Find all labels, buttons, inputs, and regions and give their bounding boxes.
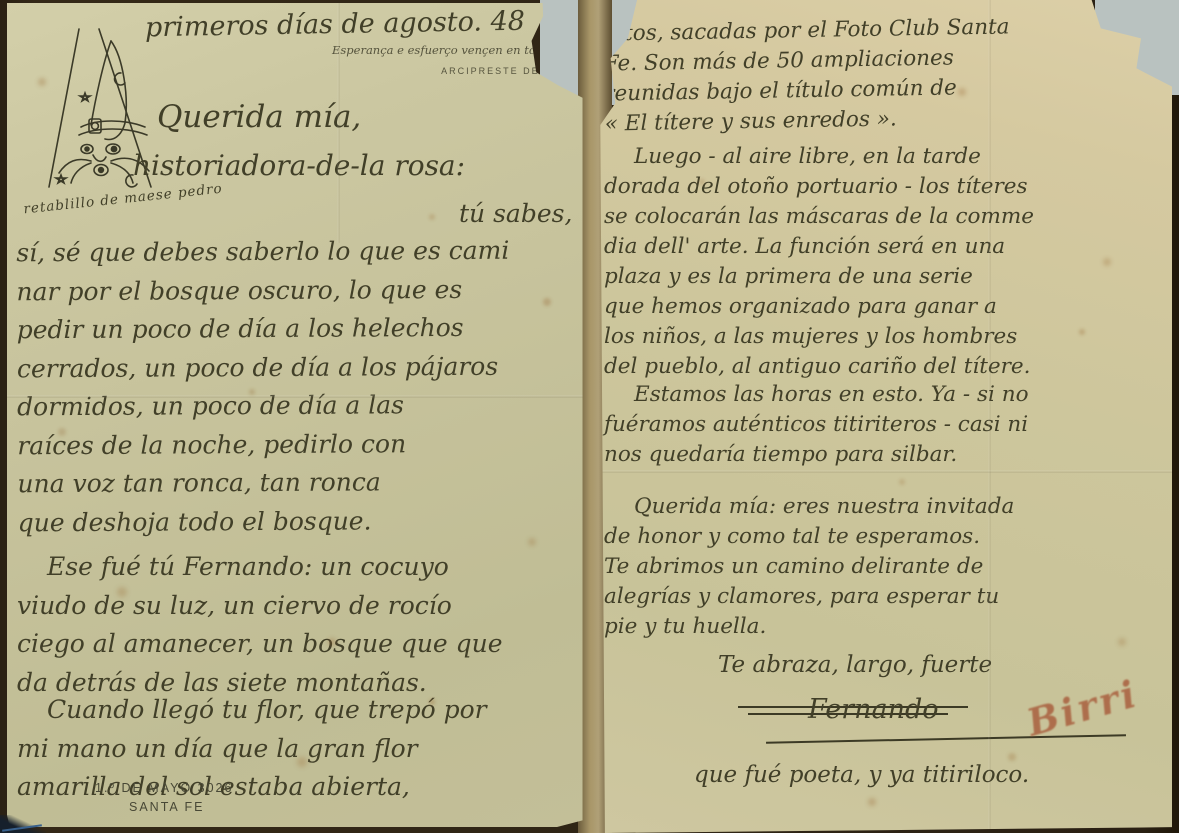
date-line: primeros días de agosto. 48 — [145, 6, 525, 44]
body-line: mi mano un día que la gran flor — [17, 730, 487, 769]
body-line: Te abrimos un camino delirante de — [604, 552, 1014, 582]
body-line: se colocarán las máscaras de la comme — [604, 202, 1034, 232]
aside-tu-sabes: tú sabes, — [459, 199, 572, 228]
body-paragraph-1: sí, sé que debes saberlo lo que es cami … — [16, 232, 511, 543]
letter-page-right: fotos, sacadas por el Foto Club Santa Fe… — [598, 0, 1172, 833]
fold-crease — [7, 395, 586, 398]
body-line: alegrías y clamores, para esperar tu — [604, 582, 1014, 612]
fold-crease — [598, 470, 1172, 473]
body-line: dorada del otoño portuario - los títeres — [604, 172, 1034, 202]
body-paragraph-1: fotos, sacadas por el Foto Club Santa Fe… — [603, 12, 1011, 139]
letterhead: Esperança e esfuerço vençen en toda lid.… — [332, 43, 572, 76]
body-line: sí, sé que debes saberlo lo que es cami — [16, 232, 509, 273]
body-line: que hemos organizado para ganar a — [604, 292, 1034, 322]
body-line: nos quedaría tiempo para silbar. — [604, 440, 1029, 470]
body-line: del pueblo, al antiguo cariño del títere… — [604, 352, 1034, 382]
body-line: fuéramos auténticos titiriteros - casi n… — [604, 410, 1029, 440]
body-paragraph-2: Ese fué tú Fernando: un cocuyo viudo de … — [17, 548, 503, 702]
closing-line: Te abraza, largo, fuerte — [718, 652, 992, 678]
signature-name: Fernando — [808, 694, 939, 725]
signature-underline — [766, 734, 1126, 743]
body-paragraph-3: Estamos las horas en esto. Ya - si no fu… — [604, 380, 1029, 470]
body-line: nar por el bosque oscuro, lo que es — [16, 270, 509, 311]
foxing-stains — [0, 0, 4, 4]
body-line: Cuando llegó tu flor, que trepó por — [17, 691, 487, 730]
body-line: cerrados, un poco de día a los pájaros — [17, 347, 510, 388]
body-line: Querida mía: eres nuestra invitada — [604, 492, 1014, 522]
body-line: « El títere y sus enredos ». — [605, 102, 1012, 139]
letter-page-left: primeros días de agosto. 48 Esperança e … — [7, 3, 586, 827]
body-line: Luego - al aire libre, en la tarde — [604, 142, 1034, 172]
body-line: los niños, a las mujeres y los hombres — [604, 322, 1034, 352]
body-line: ciego al amanecer, un bosque que que — [17, 625, 503, 664]
body-line: amarilla del sol estaba abierta, — [17, 768, 487, 807]
body-line: dia dell' arte. La función será en una — [604, 232, 1034, 262]
salutation-line-2: historiadora-de-la rosa: — [133, 149, 465, 182]
letterhead-attribution: ARCIPRESTE DE HITA — [332, 66, 572, 76]
body-line: viudo de su luz, un ciervo de rocío — [17, 587, 503, 626]
fold-crease — [337, 3, 340, 243]
body-line: de honor y como tal te esperamos. — [604, 522, 1014, 552]
body-line: dormidos, un poco de día a las — [17, 386, 510, 427]
address-city: SANTA FE — [95, 798, 233, 817]
postscript-line: que fué poeta, y ya titiriloco. — [694, 762, 1029, 788]
salutation-line-1: Querida mía, — [157, 99, 361, 135]
fold-crease — [988, 0, 991, 833]
letterhead-motto: Esperança e esfuerço vençen en toda lid. — [332, 43, 572, 57]
letterhead-address: 1.º DE MAYO 3026 SANTA FE — [95, 779, 233, 817]
body-line: Estamos las horas en esto. Ya - si no — [604, 380, 1029, 410]
body-line: pedir un poco de día a los helechos — [17, 309, 510, 350]
body-paragraph-2: Luego - al aire libre, en la tarde dorad… — [604, 142, 1034, 382]
body-line: Ese fué tú Fernando: un cocuyo — [17, 548, 503, 587]
body-line: raíces de la noche, pedirlo con — [17, 424, 510, 465]
body-line: pie y tu huella. — [604, 612, 1014, 642]
body-line: una voz tan ronca, tan ronca — [17, 463, 510, 504]
body-paragraph-4: Querida mía: eres nuestra invitada de ho… — [604, 492, 1014, 642]
photographed-letter: primeros días de agosto. 48 Esperança e … — [0, 0, 1179, 833]
body-paragraph-3: Cuando llegó tu flor, que trepó por mi m… — [17, 691, 487, 807]
body-line: que deshoja todo el bosque. — [18, 501, 511, 542]
address-street: 1.º DE MAYO 3026 — [95, 779, 233, 798]
body-line: plaza y es la primera de una serie — [604, 262, 1034, 292]
bottom-left-corner-detail — [0, 815, 46, 833]
